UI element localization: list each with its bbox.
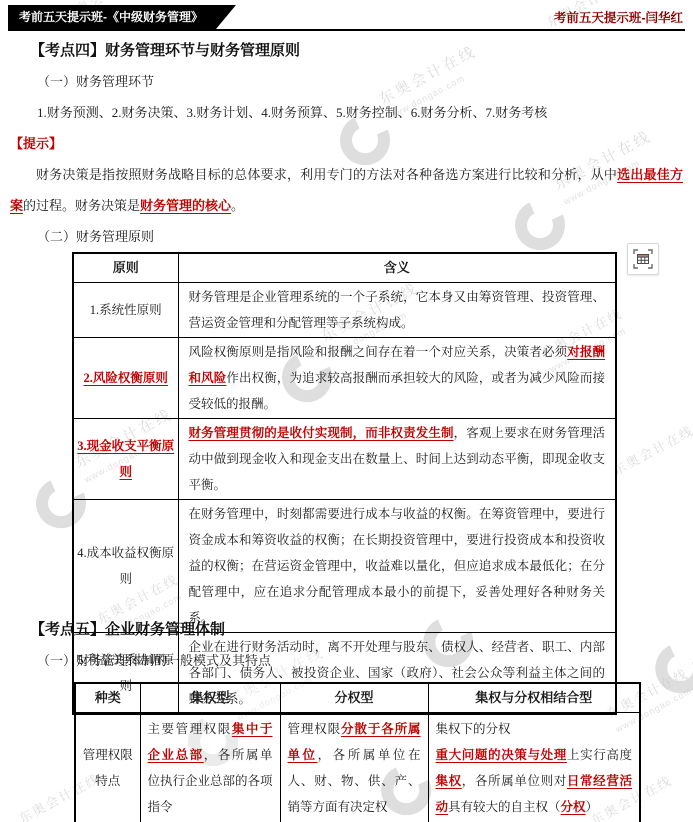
table-row: 3.现金收支平衡原则 财务管理贯彻的是收付实现制，而非权责发生制，客观上要求在财… [73, 419, 616, 500]
column-header-decentralized: 分权型 [280, 683, 428, 713]
kp5-subheading-1: （一）财务管理体制的一般模式及其特点 [37, 645, 683, 676]
header-right-title: 考前五天提示班-闫华红 [554, 8, 683, 26]
tip-paragraph: 财务决策是指按照财务战略目标的总体要求，利用专门的方法对各种备选方案进行比较和分… [10, 159, 683, 221]
tip-label: 【提示】 [10, 128, 683, 159]
kp4-subheading-1: （一）财务管理环节 [37, 66, 683, 97]
combined-line-2: 重大问题的决策与处理上实行高度集权，各所属单位则对日常经营活动具有较大的自主权（… [436, 742, 633, 820]
column-header-centralized: 集权型 [140, 683, 280, 713]
row-label-cell: 管理权限特点 [75, 713, 140, 822]
header-bar: 考前五天提示班-《中级财务管理》 [8, 5, 236, 29]
principle-cell: 4.成本收益权衡原则 [73, 500, 178, 633]
management-system-table: 种类 集权型 分权型 集权与分权相结合型 管理权限特点 主要管理权限集中于企业总… [74, 682, 641, 822]
table-header-row: 种类 集权型 分权型 集权与分权相结合型 [75, 683, 640, 713]
column-header-combined: 集权与分权相结合型 [428, 683, 640, 713]
column-header-principle: 原则 [73, 253, 178, 283]
principle-cell: 3.现金收支平衡原则 [73, 419, 178, 500]
table-row: 管理权限特点 主要管理权限集中于企业总部，各所属单位执行企业总部的各项指令 管理… [75, 713, 640, 822]
meaning-cell: 在财务管理中，时刻都需要进行成本与收益的权衡。在筹资管理中，要进行资金成本和筹资… [178, 500, 616, 633]
meaning-cell: 财务管理贯彻的是收付实现制，而非权责发生制，客观上要求在财务管理活动中做到现金收… [178, 419, 616, 500]
table-row: 4.成本收益权衡原则 在财务管理中，时刻都需要进行成本与收益的权衡。在筹资管理中… [73, 500, 616, 633]
table-capture-button[interactable] [627, 243, 659, 275]
finance-management-steps: 1.财务预测、2.财务决策、3.财务计划、4.财务预算、5.财务控制、6.财务分… [37, 97, 683, 128]
column-header-type: 种类 [75, 683, 140, 713]
principle-cell: 2.风险权衡原则 [73, 338, 178, 419]
column-header-meaning: 含义 [178, 253, 616, 283]
principle-cell: 1.系统性原则 [73, 283, 178, 338]
table-capture-icon [633, 249, 653, 269]
keypoint-5-title: 【考点五】企业财务管理体制 [30, 615, 683, 645]
centralized-cell: 主要管理权限集中于企业总部，各所属单位执行企业总部的各项指令 [140, 713, 280, 822]
meaning-cell: 风险权衡原则是指风险和报酬之间存在着一个对应关系，决策者必须对报酬和风险作出权衡… [178, 338, 616, 419]
meaning-cell: 财务管理是企业管理系统的一个子系统，它本身又由筹资管理、投资管理、营运资金管理和… [178, 283, 616, 338]
kp4-subheading-2: （二）财务管理原则 [37, 221, 683, 252]
header-left-title: 考前五天提示班-《中级财务管理》 [8, 5, 236, 29]
section-keypoint-4: 【考点四】财务管理环节与财务管理原则 （一）财务管理环节 1.财务预测、2.财务… [10, 36, 683, 715]
document-page: { "colors": { "accent_red": "#c00000", "… [0, 0, 693, 822]
table-row: 2.风险权衡原则 风险权衡原则是指风险和报酬之间存在着一个对应关系，决策者必须对… [73, 338, 616, 419]
decentralized-cell: 管理权限分散于各所属单位，各所属单位在人、财、物、供、产、销等方面有决定权 [280, 713, 428, 822]
keypoint-4-title: 【考点四】财务管理环节与财务管理原则 [30, 36, 683, 66]
section-keypoint-5: 【考点五】企业财务管理体制 （一）财务管理体制的一般模式及其特点 种类 集权型 … [10, 615, 683, 822]
table-header-row: 原则 含义 [73, 253, 616, 283]
header-rule [8, 29, 685, 31]
table-row: 1.系统性原则 财务管理是企业管理系统的一个子系统，它本身又由筹资管理、投资管理… [73, 283, 616, 338]
combined-line-1: 集权下的分权 [436, 716, 633, 742]
combined-cell: 集权下的分权 重大问题的决策与处理上实行高度集权，各所属单位则对日常经营活动具有… [428, 713, 640, 822]
